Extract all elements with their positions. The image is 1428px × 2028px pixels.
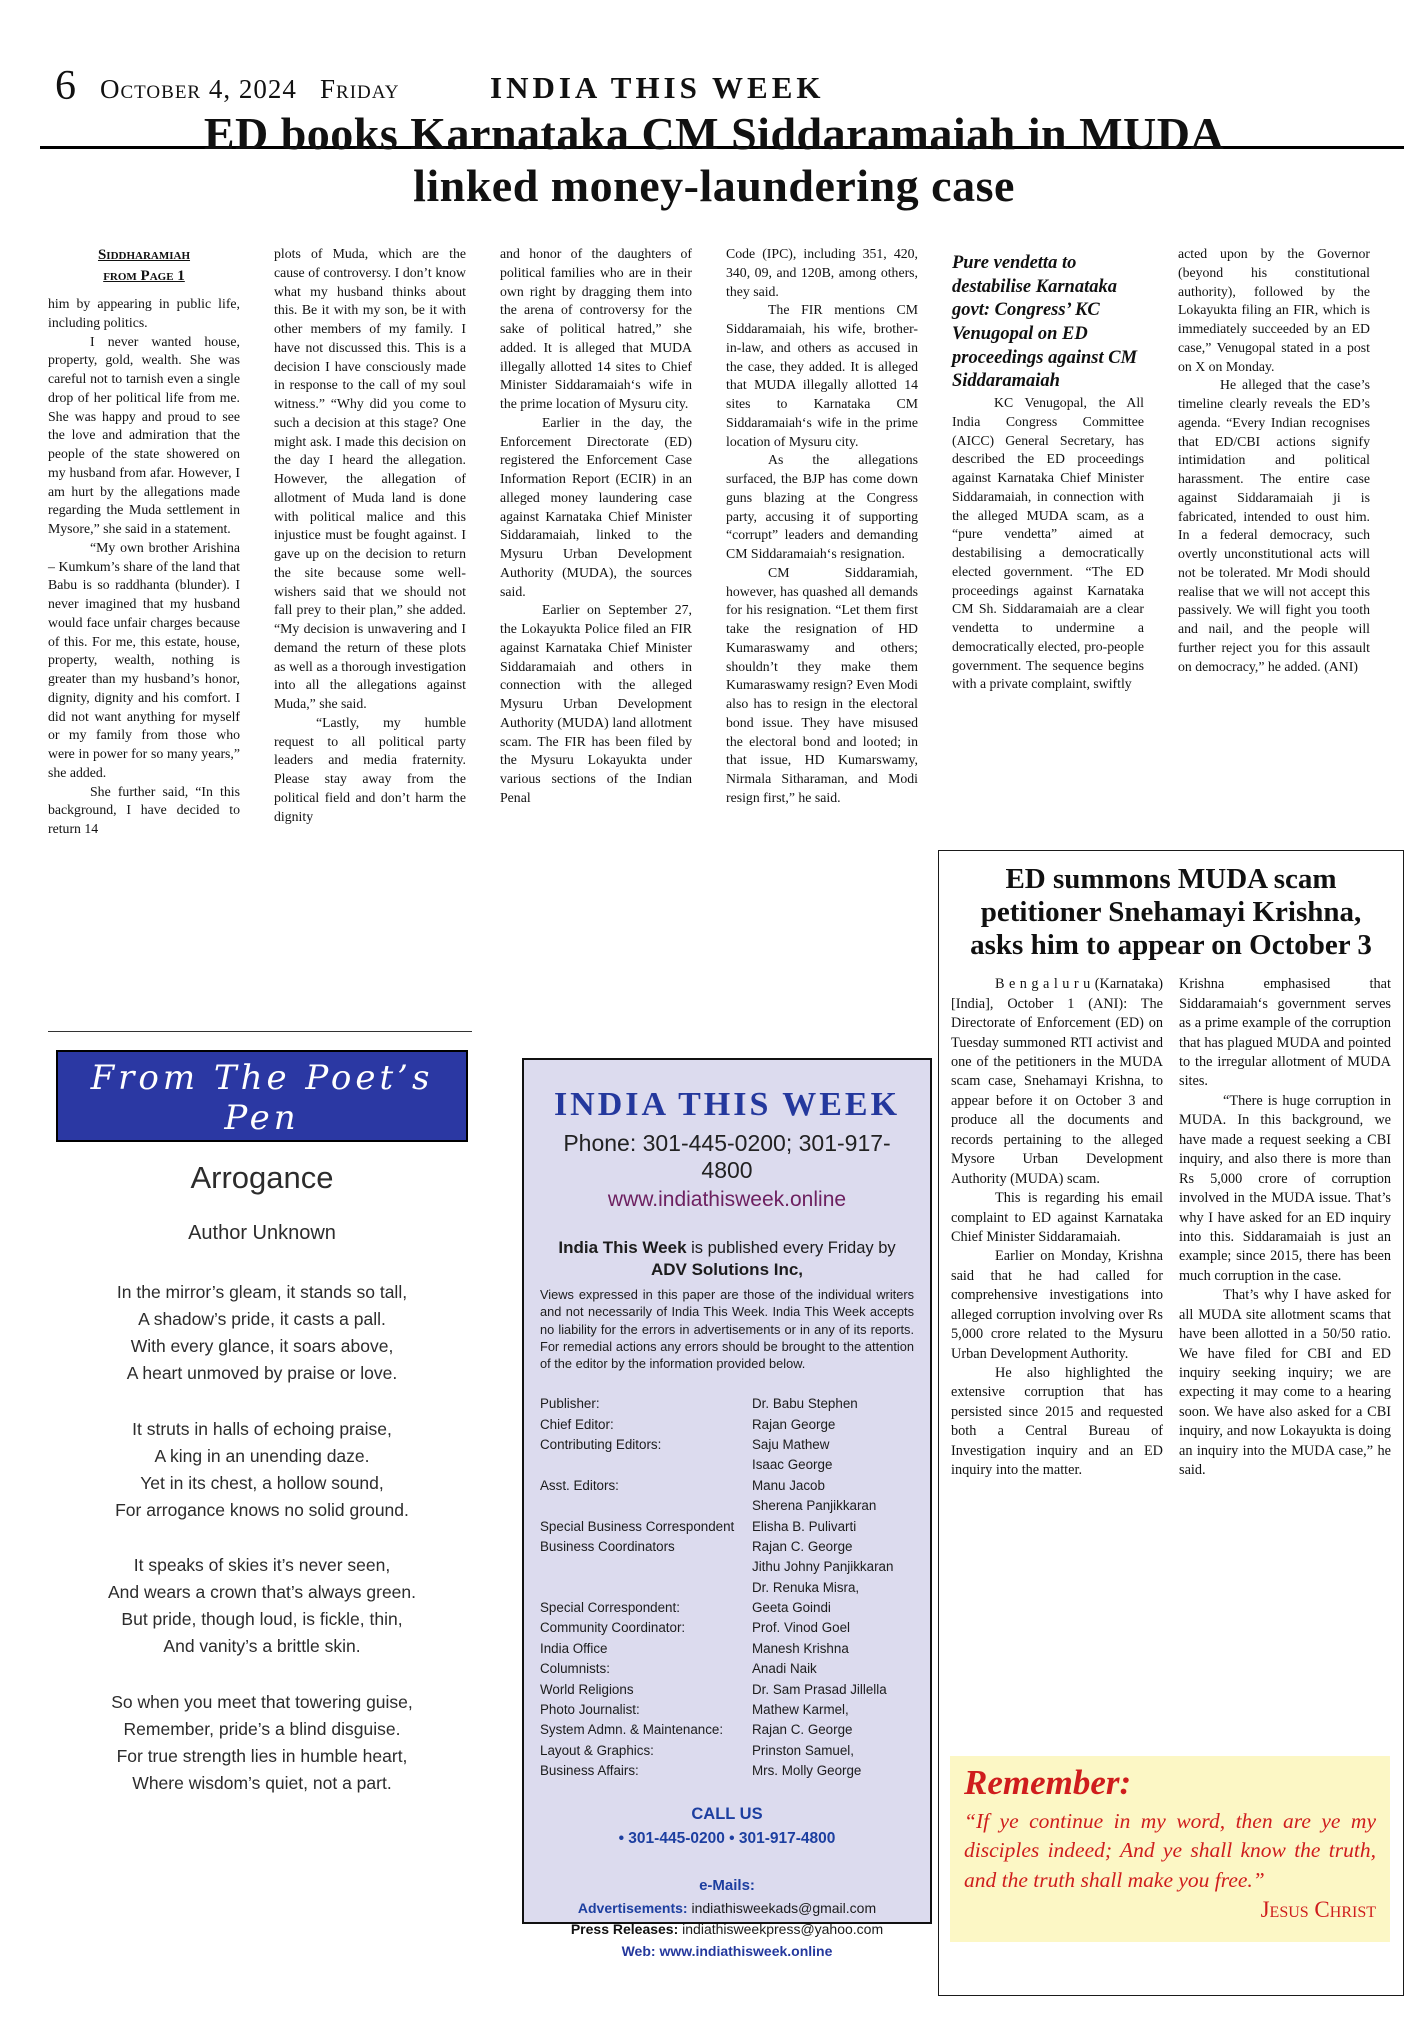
staff-role — [540, 1455, 752, 1475]
poets-pen-title: From The Poet’s Pen — [58, 1058, 466, 1138]
staff-row: System Admn. & Maintenance:Rajan C. Geor… — [540, 1720, 914, 1740]
paragraph: KC Venugopal, the All India Congress Com… — [952, 394, 1144, 694]
paragraph: him by appearing in public life, includi… — [48, 295, 240, 333]
article-column-5: Pure vendetta to destabilise Karnataka g… — [952, 252, 1144, 694]
staff-role: World Religions — [540, 1680, 752, 1700]
poem-stanza: It speaks of skies it’s never seen, And … — [56, 1552, 468, 1661]
poem-line: Yet in its chest, a hollow sound, — [56, 1470, 468, 1497]
staff-name: Dr. Babu Stephen — [752, 1394, 914, 1414]
staff-role: Publisher: — [540, 1394, 752, 1414]
staff-row: Sherena Panjikkaran — [540, 1496, 914, 1516]
poem-line: It speaks of skies it’s never seen, — [56, 1552, 468, 1579]
paragraph: This is regarding his email complaint to… — [951, 1189, 1163, 1247]
paragraph: Code (IPC), including 351, 420, 340, 09,… — [726, 245, 918, 301]
paragraph: As the allegations surfaced, the BJP has… — [726, 451, 918, 564]
staff-row: Special Business CorrespondentElisha B. … — [540, 1517, 914, 1537]
paragraph: acted upon by the Governor (beyond his c… — [1178, 245, 1370, 376]
staff-name: Saju Mathew — [752, 1435, 914, 1455]
poem-line: A heart unmoved by praise or love. — [56, 1360, 468, 1387]
email-ads-address[interactable]: indiathisweekads@gmail.com — [691, 1900, 876, 1916]
call-us-numbers: • 301-445-0200 • 301-917-4800 — [540, 1830, 914, 1848]
paragraph: plots of Muda, which are the cause of co… — [274, 245, 466, 714]
publisher-company: ADV Solutions Inc, — [540, 1260, 914, 1280]
staff-row: India OfficeManesh Krishna — [540, 1639, 914, 1659]
staff-name: Rajan George — [752, 1415, 914, 1435]
staff-name: Anadi Naik — [752, 1659, 914, 1679]
section-divider — [48, 1031, 472, 1032]
issue-date: October 4, 2024 — [100, 74, 297, 105]
publish-paper-name: India This Week — [558, 1238, 686, 1257]
staff-row: Jithu Johny Panjikkaran — [540, 1557, 914, 1577]
poem-line: And wears a crown that’s always green. — [56, 1579, 468, 1606]
staff-name: Mathew Karmel, — [752, 1700, 914, 1720]
staff-role: Business Affairs: — [540, 1761, 752, 1781]
paper-masthead: INDIA THIS WEEK — [490, 70, 825, 106]
poem-stanza: In the mirror’s gleam, it stands so tall… — [56, 1279, 468, 1388]
staff-role: Photo Journalist: — [540, 1700, 752, 1720]
poem-block: Arrogance Author Unknown In the mirror’s… — [56, 1160, 468, 1825]
staff-row: Asst. Editors:Manu Jacob — [540, 1476, 914, 1496]
staff-row: Photo Journalist:Mathew Karmel, — [540, 1700, 914, 1720]
staff-name: Geeta Goindi — [752, 1598, 914, 1618]
paragraph: The FIR mentions CM Siddaramaiah, his wi… — [726, 301, 918, 451]
article-column-1: Siddharamiah from Page 1 him by appearin… — [48, 245, 240, 839]
bible-quote: “If ye continue in my word, then are ye … — [964, 1807, 1376, 1896]
poem-line: A king in an unending daze. — [56, 1443, 468, 1470]
email-ads-label: Advertisements: — [578, 1900, 688, 1916]
main-headline: ED books Karnataka CM Siddaramaiah in MU… — [60, 108, 1368, 211]
staff-role: Business Coordinators — [540, 1537, 752, 1557]
staff-name: Prof. Vinod Goel — [752, 1618, 914, 1638]
staff-row: Special Correspondent:Geeta Goindi — [540, 1598, 914, 1618]
staff-role: Columnists: — [540, 1659, 752, 1679]
paragraph: That’s why I have asked for all MUDA sit… — [1179, 1286, 1391, 1480]
newspaper-page: 6 October 4, 2024 Friday INDIA THIS WEEK… — [0, 0, 1428, 2028]
paragraph: CM Siddaramiah, however, has quashed all… — [726, 564, 918, 808]
staff-name: Manu Jacob — [752, 1476, 914, 1496]
poem-line: But pride, though loud, is fickle, thin, — [56, 1606, 468, 1633]
staff-role: Special Correspondent: — [540, 1598, 752, 1618]
paragraph: “My own brother Arishina – Kumkum’s shar… — [48, 539, 240, 783]
paragraph: Earlier on September 27, the Lokayukta P… — [500, 601, 692, 807]
paragraph: Earlier in the day, the Enforcement Dire… — [500, 414, 692, 602]
staff-role: Community Coordinator: — [540, 1618, 752, 1638]
staff-name: Rajan C. George — [752, 1537, 914, 1557]
info-paper-title: INDIA THIS WEEK — [540, 1086, 914, 1124]
poem-line: A shadow’s pride, it casts a pall. — [56, 1306, 468, 1333]
ed-column-left: B e n g a l u r u (Karnataka) [India], O… — [951, 975, 1163, 1480]
continuation-name: Siddharamiah — [98, 247, 190, 263]
staff-name: Jithu Johny Panjikkaran — [752, 1557, 914, 1577]
ed-summons-columns: B e n g a l u r u (Karnataka) [India], O… — [951, 975, 1391, 1480]
poem-line: So when you meet that towering guise, — [56, 1689, 468, 1716]
staff-role — [540, 1557, 752, 1577]
poem-line: With every glance, it soars above, — [56, 1333, 468, 1360]
article-column-6: acted upon by the Governor (beyond his c… — [1178, 245, 1370, 676]
poem-line: And vanity’s a brittle skin. — [56, 1633, 468, 1660]
paragraph: He also highlighted the extensive corrup… — [951, 1364, 1163, 1481]
staff-row: Business Affairs:Mrs. Molly George — [540, 1761, 914, 1781]
paragraph: She further said, “In this background, I… — [48, 783, 240, 839]
ed-headline-line3: asks him to appear on October 3 — [951, 929, 1391, 962]
ed-column-right: Krishna emphasised that Siddaramaiah‘s g… — [1179, 975, 1391, 1480]
staff-row: Isaac George — [540, 1455, 914, 1475]
paragraph: “There is huge corruption in MUDA. In th… — [1179, 1092, 1391, 1286]
ed-summons-headline: ED summons MUDA scam petitioner Snehamay… — [951, 863, 1391, 961]
remember-title: Remember: — [964, 1764, 1376, 1803]
paragraph: “Lastly, my humble request to all politi… — [274, 714, 466, 827]
staff-row: Columnists:Anadi Naik — [540, 1659, 914, 1679]
main-headline-line2: linked money-laundering case — [60, 160, 1368, 212]
staff-role — [540, 1578, 752, 1598]
email-press-label: Press Releases: — [571, 1921, 678, 1937]
staff-row: Publisher:Dr. Babu Stephen — [540, 1394, 914, 1414]
article-column-4: Code (IPC), including 351, 420, 340, 09,… — [726, 245, 918, 808]
publish-line: India This Week is published every Frida… — [540, 1238, 914, 1258]
staff-role: Chief Editor: — [540, 1415, 752, 1435]
continuation-page: from Page 1 — [103, 268, 185, 284]
poem-line: For arrogance knows no solid ground. — [56, 1497, 468, 1524]
paragraph: He alleged that the case’s timeline clea… — [1178, 376, 1370, 676]
staff-row: World ReligionsDr. Sam Prasad Jillella — [540, 1680, 914, 1700]
poem-stanza: So when you meet that towering guise, Re… — [56, 1689, 468, 1798]
info-website[interactable]: www.indiathisweek.online — [540, 1188, 914, 1212]
staff-name: Dr. Renuka Misra, — [752, 1578, 914, 1598]
remember-quote-box: Remember: “If ye continue in my word, th… — [950, 1756, 1390, 1942]
staff-row: Business CoordinatorsRajan C. George — [540, 1537, 914, 1557]
staff-row: Chief Editor:Rajan George — [540, 1415, 914, 1435]
web-address[interactable]: www.indiathisweek.online — [659, 1943, 832, 1959]
staff-role: Asst. Editors: — [540, 1476, 752, 1496]
call-us-title: CALL US — [540, 1805, 914, 1824]
masthead-info-box: INDIA THIS WEEK Phone: 301-445-0200; 301… — [522, 1058, 932, 1924]
paragraph: and honor of the daughters of political … — [500, 245, 692, 414]
emails-title: e-Mails: — [540, 1874, 914, 1897]
ed-headline-line2: petitioner Snehamayi Krishna, — [951, 896, 1391, 929]
paragraph: Earlier on Monday, Krishna said that he … — [951, 1247, 1163, 1364]
issue-weekday: Friday — [320, 74, 399, 105]
poem-title: Arrogance — [56, 1160, 468, 1196]
staff-name: Manesh Krishna — [752, 1639, 914, 1659]
staff-row: Layout & Graphics:Prinston Samuel, — [540, 1741, 914, 1761]
page-number: 6 — [55, 62, 76, 110]
publish-text: is published every Friday by — [687, 1239, 896, 1257]
staff-name: Dr. Sam Prasad Jillella — [752, 1680, 914, 1700]
email-row-ads: Advertisements: indiathisweekads@gmail.c… — [540, 1898, 914, 1920]
paragraph: B e n g a l u r u (Karnataka) [India], O… — [951, 975, 1163, 1189]
poem-line: Where wisdom’s quiet, not a part. — [56, 1770, 468, 1797]
staff-row: Dr. Renuka Misra, — [540, 1578, 914, 1598]
staff-role: Contributing Editors: — [540, 1435, 752, 1455]
poem-stanza: It struts in halls of echoing praise, A … — [56, 1416, 468, 1525]
article-column-2: plots of Muda, which are the cause of co… — [274, 245, 466, 826]
continuation-slug: Siddharamiah from Page 1 — [48, 245, 240, 287]
staff-name: Elisha B. Pulivarti — [752, 1517, 914, 1537]
staff-role: India Office — [540, 1639, 752, 1659]
poem-line: In the mirror’s gleam, it stands so tall… — [56, 1279, 468, 1306]
staff-name: Sherena Panjikkaran — [752, 1496, 914, 1516]
staff-name: Rajan C. George — [752, 1720, 914, 1740]
staff-role: Layout & Graphics: — [540, 1741, 752, 1761]
staff-name: Prinston Samuel, — [752, 1741, 914, 1761]
staff-name: Isaac George — [752, 1455, 914, 1475]
web-row: Web: www.indiathisweek.online — [540, 1941, 914, 1963]
staff-role: Special Business Correspondent — [540, 1517, 752, 1537]
web-label: Web: — [622, 1943, 656, 1959]
staff-name: Mrs. Molly George — [752, 1761, 914, 1781]
disclaimer-text: Views expressed in this paper are those … — [540, 1286, 914, 1372]
poem-line: For true strength lies in humble heart, — [56, 1743, 468, 1770]
poem-line: Remember, pride’s a blind disguise. — [56, 1716, 468, 1743]
staff-list: Publisher:Dr. Babu Stephen Chief Editor:… — [540, 1394, 914, 1781]
main-headline-line1: ED books Karnataka CM Siddaramaiah in MU… — [60, 108, 1368, 160]
staff-role — [540, 1496, 752, 1516]
staff-row: Contributing Editors:Saju Mathew — [540, 1435, 914, 1455]
poem-author: Author Unknown — [56, 1222, 468, 1245]
quote-attribution: Jesus Christ — [964, 1897, 1376, 1923]
paragraph: Krishna emphasised that Siddaramaiah‘s g… — [1179, 975, 1391, 1092]
staff-row: Community Coordinator:Prof. Vinod Goel — [540, 1618, 914, 1638]
staff-role: System Admn. & Maintenance: — [540, 1720, 752, 1740]
emails-section: e-Mails: Advertisements: indiathisweekad… — [540, 1874, 914, 1962]
paragraph: I never wanted house, property, gold, we… — [48, 333, 240, 539]
poem-line: It struts in halls of echoing praise, — [56, 1416, 468, 1443]
article-column-3: and honor of the daughters of political … — [500, 245, 692, 808]
venugopal-subhead: Pure vendetta to destabilise Karnataka g… — [952, 252, 1144, 394]
poets-pen-banner: From The Poet’s Pen INDIA THIS WEEK- Oct… — [56, 1050, 468, 1142]
email-press-address[interactable]: indiathisweekpress@yahoo.com — [682, 1921, 883, 1937]
ed-headline-line1: ED summons MUDA scam — [951, 863, 1391, 896]
email-row-press: Press Releases: indiathisweekpress@yahoo… — [540, 1919, 914, 1941]
info-phone: Phone: 301-445-0200; 301-917-4800 — [540, 1130, 914, 1184]
